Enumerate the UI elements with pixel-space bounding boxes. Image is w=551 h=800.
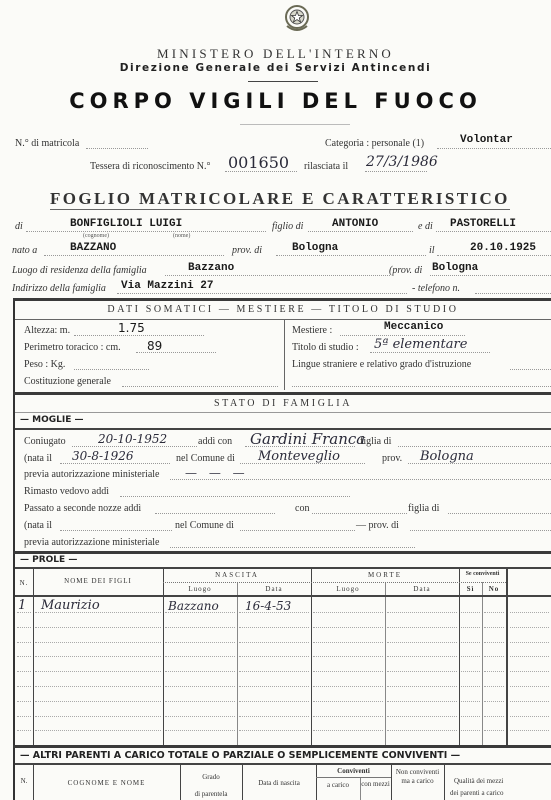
vedovo-field[interactable] — [120, 496, 350, 497]
col-header-ma-a-carico: ma a carico — [391, 777, 444, 785]
col-header-qualita: Qualità dei mezzi — [444, 777, 551, 785]
comune-label: nel Comune di — [176, 453, 235, 464]
col-header-non-conviventi: Non conviventi — [391, 768, 444, 776]
name-field[interactable] — [26, 231, 266, 232]
rilasciata-label: rilasciata il — [304, 161, 348, 172]
row-n: 1 — [18, 598, 26, 613]
section-border — [13, 392, 551, 395]
seconde-spouse-field[interactable] — [312, 513, 407, 514]
col-header-conviventi: Conviventi — [316, 767, 391, 775]
seconde-field[interactable] — [155, 513, 275, 514]
residenza-field[interactable] — [165, 275, 390, 276]
perimetro-label: Perimetro toracico : cm. — [24, 342, 121, 353]
form-title: FOGLIO MATRICOLARE E CARATTERISTICO — [50, 189, 510, 210]
mestiere-label: Mestiere : — [292, 325, 332, 336]
tessera-value: 001650 — [228, 153, 289, 172]
col-header-si: Sì — [459, 585, 482, 593]
seconde-birth-field[interactable] — [60, 530, 172, 531]
residenza-label: Luogo di residenza della famiglia — [12, 265, 147, 276]
col-header-no: No — [482, 585, 506, 593]
telefono-field[interactable] — [475, 293, 551, 294]
seconde-parent-field[interactable] — [448, 513, 551, 514]
col-header-nascita-data: Data — [237, 585, 311, 593]
lingue-field-2[interactable] — [292, 386, 551, 387]
birth-prov-value: Bologna — [292, 242, 338, 254]
tessera-label: Tessera di riconoscimento N.° — [90, 161, 211, 172]
il-label: il — [429, 245, 435, 256]
peso-label: Peso : Kg. — [24, 359, 65, 370]
corps-title: CORPO VIGILI DEL FUOCO — [0, 89, 551, 113]
titolo-field[interactable] — [370, 352, 490, 353]
figlia-di2-label: figlia di — [408, 503, 439, 514]
nata-il2-label: (nata il — [24, 520, 52, 531]
divider — [240, 124, 350, 125]
col-header-con-mezzi: con mezzi — [360, 781, 391, 788]
name-value: BONFIGLIOLI LUIGI — [70, 218, 182, 230]
prole-title: — PROLE — — [20, 555, 77, 565]
mestiere-field[interactable] — [340, 335, 465, 336]
lingue-label: Lingue straniere e relativo grado d'istr… — [292, 359, 471, 370]
altri-parenti-table: N. COGNOME E NOME Grado di parentela Dat… — [15, 765, 551, 800]
residenza-value: Bazzano — [188, 262, 234, 274]
coniugato-field[interactable] — [72, 446, 197, 447]
con-label: con — [295, 503, 309, 514]
seconde-comune-field[interactable] — [240, 530, 355, 531]
previa2-label: previa autorizzazione ministeriale — [24, 537, 160, 548]
col-header-nascita: NASCITA — [163, 571, 311, 579]
birthdate-field[interactable] — [437, 255, 551, 256]
altezza-field[interactable] — [74, 335, 204, 336]
cognome-caption: (cognome) — [83, 233, 109, 239]
col-header-morte: MORTE — [311, 571, 459, 579]
altezza-label: Altezza: m. — [24, 325, 70, 336]
comune2-label: nel Comune di — [175, 520, 234, 531]
spouse-birth-field[interactable] — [60, 463, 170, 464]
row-nome: Maurizio — [41, 598, 100, 613]
col-header-qualita-2: dei parenti a carico — [444, 789, 551, 797]
col-header-a-carico: a carico — [316, 781, 360, 789]
birthplace-field[interactable] — [44, 255, 224, 256]
matricola-label: N.° di matricola — [15, 138, 79, 149]
coniugato-label: Coniugato — [24, 436, 66, 447]
nata-il-label: (nata il — [24, 453, 52, 464]
spouse-value: Gardini Franca — [250, 430, 365, 448]
lingue-field[interactable] — [510, 369, 551, 370]
col-header-nascita-luogo: Luogo — [163, 585, 237, 593]
categoria-label: Categoria : personale (1) — [325, 138, 424, 149]
rilasciata-field[interactable] — [365, 171, 427, 172]
col-header-morte-luogo: Luogo — [311, 585, 385, 593]
costituzione-field[interactable] — [122, 386, 278, 387]
stato-famiglia-title: STATO DI FAMIGLIA — [15, 398, 551, 409]
telefono-label: - telefono n. — [412, 283, 460, 294]
row-nascita-luogo: Bazzano — [168, 599, 219, 613]
section-border — [13, 551, 551, 554]
categoria-value: Volontar — [460, 134, 513, 146]
divider — [15, 412, 551, 413]
section-border — [13, 298, 551, 301]
titolo-value: 5ª elementare — [374, 337, 467, 352]
figlio-label: figlio di — [272, 221, 303, 232]
peso-field[interactable] — [74, 369, 149, 370]
father-value: ANTONIO — [332, 218, 378, 230]
res-prov-value: Bologna — [432, 262, 478, 274]
italian-republic-emblem-icon — [283, 4, 311, 34]
dati-somatici-title: DATI SOMATICI — MESTIERE — TITOLO DI STU… — [15, 304, 551, 315]
spouse-birth-value: 30-8-1926 — [72, 449, 134, 463]
mestiere-value: Meccanico — [384, 321, 443, 333]
vedovo-label: Rimasto vedovo addì — [24, 486, 109, 497]
res-prov-field[interactable] — [430, 275, 551, 276]
costituzione-label: Costituzione generale — [24, 376, 111, 387]
column-divider — [284, 319, 285, 390]
spouse-comune-value: Monteveglio — [258, 449, 340, 464]
previa-label: previa autorizzazione ministeriale — [24, 469, 160, 480]
divider — [15, 319, 551, 320]
spouse-prov-value: Bologna — [420, 449, 474, 464]
nato-label: nato a — [12, 245, 37, 256]
di-label: di — [15, 221, 23, 232]
directorate-title: Direzione Generale dei Servizi Antincend… — [0, 62, 551, 74]
titolo-label: Titolo di studio : — [292, 342, 359, 353]
spouse-parent-field[interactable] — [398, 446, 551, 447]
mother-value: PASTORELLI — [450, 218, 516, 230]
categoria-field[interactable] — [437, 148, 551, 149]
prole-table: N. NOME DEI FIGLI NASCITA MORTE Se convi… — [15, 569, 551, 745]
previa-value: — — — — [185, 466, 249, 480]
mother-field[interactable] — [436, 231, 551, 232]
e-di-label: e di — [418, 221, 433, 232]
previa2-field[interactable] — [170, 547, 415, 548]
res-prov-label: (prov. di — [389, 265, 422, 276]
indirizzo-value: Via Mazzini 27 — [121, 280, 213, 292]
altezza-value: 1.75 — [118, 321, 145, 335]
addi-con-label: addì con — [198, 436, 232, 447]
father-field[interactable] — [308, 231, 413, 232]
row-nascita-data: 16-4-53 — [245, 599, 291, 613]
col-header-n: N. — [15, 579, 33, 587]
perimetro-value: 89 — [147, 339, 162, 353]
indirizzo-field[interactable] — [117, 293, 407, 294]
prov-label-spouse: prov. — [382, 453, 402, 464]
col-header-data-nascita: Data di nascita — [242, 779, 316, 787]
section-border — [13, 745, 551, 748]
indirizzo-label: Indirizzo della famiglia — [12, 283, 106, 294]
col-header-conviventi: Se conviventi — [459, 571, 506, 577]
seconde-label: Passato a seconde nozze addì — [24, 503, 141, 514]
nome-caption: (nome) — [173, 233, 190, 239]
coniugato-value: 20-10-1952 — [98, 432, 167, 446]
moglie-title: — MOGLIE — — [20, 415, 84, 425]
col-header-grado: Grado — [180, 773, 242, 781]
prov2-label: — prov. di — [356, 520, 399, 531]
col-header-nome: NOME DEI FIGLI — [33, 577, 163, 585]
col-header-grado-2: di parentela — [180, 790, 242, 798]
col-header-morte-data: Data — [385, 585, 459, 593]
rilasciata-value: 27/3/1986 — [366, 154, 438, 170]
birth-prov-field[interactable] — [276, 255, 426, 256]
altri-parenti-title: — ALTRI PARENTI A CARICO TOTALE O PARZIA… — [20, 750, 460, 761]
divider — [248, 81, 318, 82]
matricola-field[interactable] — [86, 148, 148, 149]
prov-label: prov. di — [232, 245, 262, 256]
birthdate-value: 20.10.1925 — [470, 242, 536, 254]
seconde-prov-field[interactable] — [410, 530, 551, 531]
birthplace-value: BAZZANO — [70, 242, 116, 254]
figlia-di-label: figlia di — [360, 436, 391, 447]
col-header-n: N. — [15, 777, 33, 785]
ministry-title: MINISTERO DELL'INTERNO — [0, 46, 551, 62]
col-header-cognome-nome: COGNOME E NOME — [33, 779, 180, 787]
